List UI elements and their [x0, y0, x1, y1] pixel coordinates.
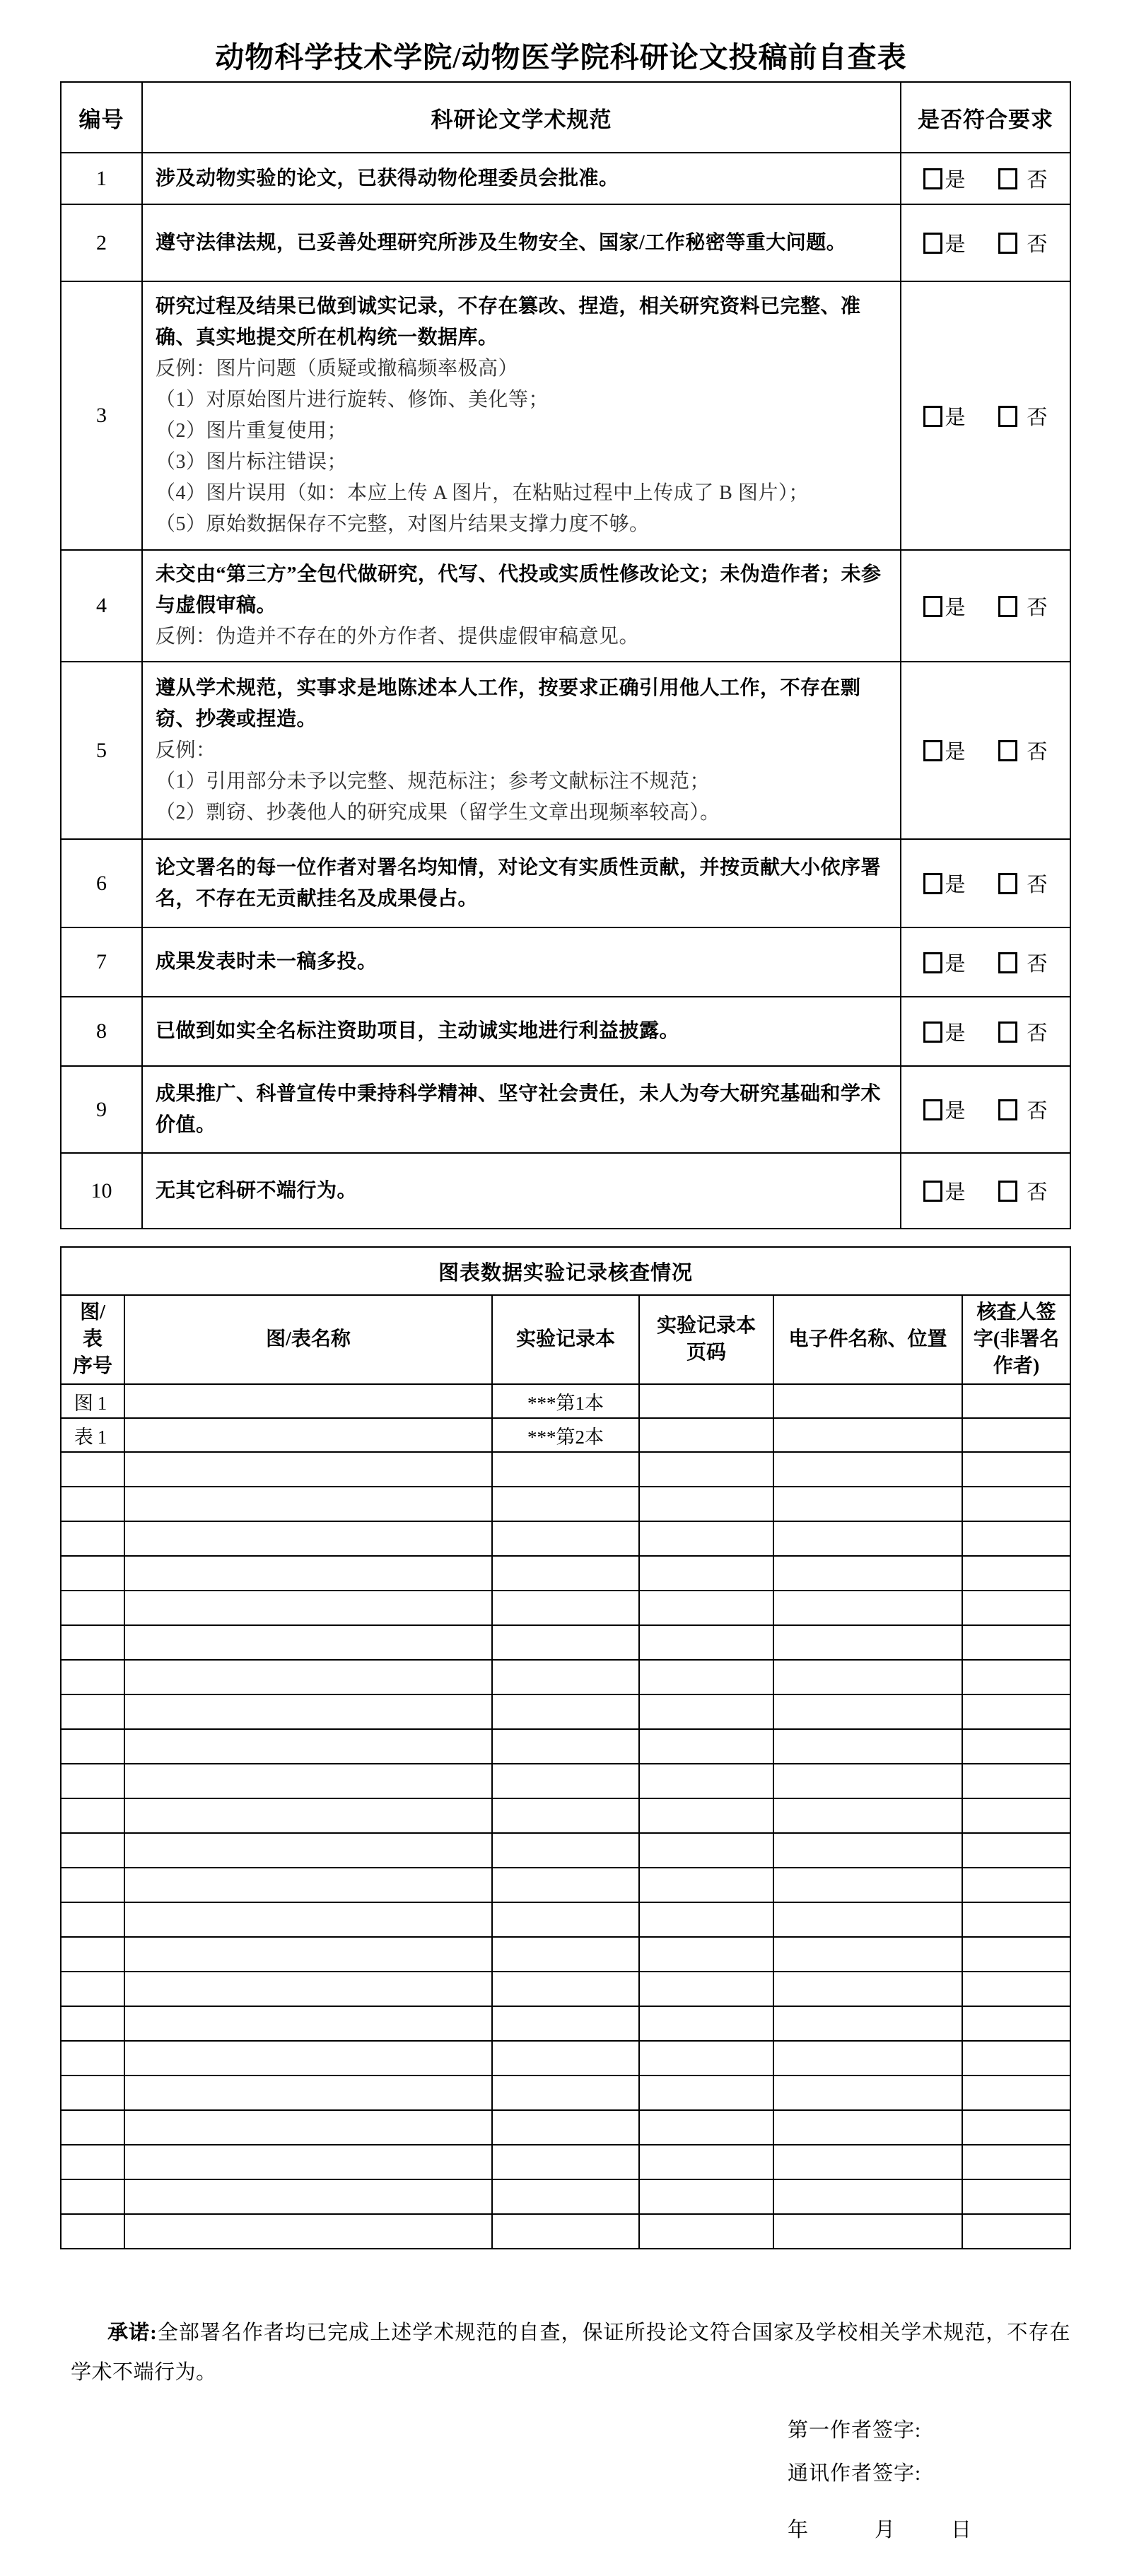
record-seq-cell	[61, 1521, 124, 1556]
standard-example-text: （1）对原始图片进行旋转、修饰、美化等；	[156, 385, 889, 416]
col-header-standard: 科研论文学术规范	[142, 82, 901, 153]
record-seq-cell	[61, 1902, 124, 1937]
yes-option[interactable]: 是	[923, 406, 965, 429]
record-seq-cell	[61, 2110, 124, 2145]
record-seq-cell	[61, 1452, 124, 1487]
no-option[interactable]: 否	[998, 953, 1048, 976]
record-row	[61, 1452, 1070, 1487]
record-seq-cell	[61, 1764, 124, 1798]
record-page-cell	[639, 1798, 773, 1833]
record-name-cell	[124, 1729, 492, 1764]
record-row: 图1 ***第1本	[61, 1384, 1070, 1418]
yes-label: 是	[945, 874, 965, 896]
record-seq-cell	[61, 1556, 124, 1591]
date-year-label: 年	[788, 2514, 808, 2543]
record-checker-cell	[962, 1972, 1070, 2006]
no-checkbox[interactable]	[998, 1021, 1017, 1043]
record-page-cell	[639, 1521, 773, 1556]
record-efile-cell	[773, 2214, 962, 2249]
record-efile-cell	[773, 1868, 962, 1902]
standard-example-text: 反例：	[156, 735, 889, 766]
record-name-cell	[124, 2179, 492, 2214]
yes-option[interactable]: 是	[923, 874, 965, 896]
record-name-cell	[124, 1902, 492, 1937]
record-page-cell	[639, 1660, 773, 1694]
record-efile-cell	[773, 2179, 962, 2214]
record-seq-cell	[61, 2214, 124, 2249]
yes-checkbox[interactable]	[923, 952, 942, 973]
record-checker-cell	[962, 1868, 1070, 1902]
record-notebook-cell	[492, 1798, 639, 1833]
no-label: 否	[1027, 169, 1048, 192]
record-checker-cell	[962, 1764, 1070, 1798]
record-efile-cell	[773, 1660, 962, 1694]
record-name-cell	[124, 2006, 492, 2041]
standard-example-text: （2）剽窃、抄袭他人的研究成果（留学生文章出现频率较高）。	[156, 797, 889, 829]
row-compliance-cell: 是否	[901, 927, 1070, 997]
record-checker-cell	[962, 1833, 1070, 1868]
record-seq-cell	[61, 2041, 124, 2076]
no-checkbox[interactable]	[998, 1099, 1017, 1120]
yes-checkbox[interactable]	[923, 1021, 942, 1043]
record-efile-cell	[773, 1521, 962, 1556]
record-efile-cell	[773, 1625, 962, 1660]
yes-option[interactable]: 是	[923, 1022, 965, 1045]
record-notebook-cell	[492, 1868, 639, 1902]
standard-main-text: 成果发表时未一稿多投。	[156, 947, 889, 978]
record-row	[61, 1591, 1070, 1625]
record-notebook-cell	[492, 2214, 639, 2249]
no-label: 否	[1027, 1022, 1048, 1045]
record-notebook-cell	[492, 1902, 639, 1937]
yes-label: 是	[945, 741, 965, 763]
record-seq-cell	[61, 1798, 124, 1833]
no-checkbox[interactable]	[998, 873, 1017, 894]
record-name-cell	[124, 1972, 492, 2006]
record-efile-cell	[773, 1384, 962, 1418]
record-page-cell	[639, 1452, 773, 1487]
row-standard-text: 无其它科研不端行为。	[142, 1153, 901, 1229]
record-page-cell	[639, 2006, 773, 2041]
record-notebook-cell	[492, 1972, 639, 2006]
no-checkbox[interactable]	[998, 952, 1017, 973]
standard-main-text: 涉及动物实验的论文，已获得动物伦理委员会批准。	[156, 163, 889, 194]
no-option[interactable]: 否	[998, 597, 1048, 619]
record-efile-cell	[773, 2145, 962, 2179]
record-row	[61, 2076, 1070, 2110]
record-row	[61, 1487, 1070, 1521]
checklist-row: 5 遵从学术规范，实事求是地陈述本人工作，按要求正确引用他人工作，不存在剽窃、抄…	[61, 662, 1070, 839]
no-option[interactable]: 否	[998, 406, 1048, 429]
col-header-notebook-page: 实验记录本 页码	[639, 1295, 773, 1384]
record-page-cell	[639, 1556, 773, 1591]
no-checkbox[interactable]	[998, 168, 1017, 189]
yes-checkbox[interactable]	[923, 596, 942, 617]
record-seq-cell	[61, 2006, 124, 2041]
record-efile-cell	[773, 1694, 962, 1729]
record-seq-cell	[61, 1487, 124, 1521]
row-number: 6	[61, 839, 142, 927]
no-option[interactable]: 否	[998, 741, 1048, 763]
record-name-cell	[124, 1660, 492, 1694]
record-seq-cell	[61, 1729, 124, 1764]
record-notebook-cell: ***第2本	[492, 1418, 639, 1452]
standard-example-text: （2）图片重复使用；	[156, 416, 889, 447]
row-standard-text: 研究过程及结果已做到诚实记录，不存在篡改、捏造，相关研究资料已完整、准确、真实地…	[142, 281, 901, 550]
record-notebook-cell	[492, 1694, 639, 1729]
record-row	[61, 1833, 1070, 1868]
row-standard-text: 成果发表时未一稿多投。	[142, 927, 901, 997]
form-page: 动物科学技术学院/动物医学院科研论文投稿前自查表 编号 科研论文学术规范 是否符…	[0, 0, 1122, 2576]
yes-checkbox[interactable]	[923, 1099, 942, 1120]
no-label: 否	[1027, 874, 1048, 896]
record-notebook-cell: ***第1本	[492, 1384, 639, 1418]
record-efile-cell	[773, 1798, 962, 1833]
row-compliance-cell: 是否	[901, 153, 1070, 204]
no-label: 否	[1027, 597, 1048, 619]
record-notebook-cell	[492, 1521, 639, 1556]
checklist-row: 3 研究过程及结果已做到诚实记录，不存在篡改、捏造，相关研究资料已完整、准确、真…	[61, 281, 1070, 550]
row-number: 3	[61, 281, 142, 550]
record-checker-cell	[962, 1729, 1070, 1764]
record-checker-cell	[962, 1625, 1070, 1660]
no-checkbox[interactable]	[998, 596, 1017, 617]
row-compliance-cell: 是否	[901, 204, 1070, 281]
record-row	[61, 1902, 1070, 1937]
record-efile-cell	[773, 1418, 962, 1452]
standard-example-text: 反例：伪造并不存在的外方作者、提供虚假审稿意见。	[156, 621, 889, 652]
record-notebook-cell	[492, 1660, 639, 1694]
record-checker-cell	[962, 2110, 1070, 2145]
record-notebook-cell	[492, 1937, 639, 1972]
record-page-cell	[639, 1833, 773, 1868]
record-efile-cell	[773, 1972, 962, 2006]
yes-checkbox[interactable]	[923, 406, 942, 427]
record-name-cell	[124, 2110, 492, 2145]
no-label: 否	[1027, 1181, 1048, 1204]
no-label: 否	[1027, 1100, 1048, 1123]
promise-statement: 承诺:全部署名作者均已完成上述学术规范的自查，保证所投论文符合国家及学校相关学术…	[71, 2313, 1070, 2392]
date-day-label: 日	[951, 2514, 971, 2543]
first-author-signature-label: 第一作者签字:	[788, 2414, 921, 2443]
standard-main-text: 无其它科研不端行为。	[156, 1176, 889, 1207]
row-compliance-cell: 是否	[901, 1153, 1070, 1229]
record-name-cell	[124, 1937, 492, 1972]
record-name-cell	[124, 2145, 492, 2179]
record-notebook-cell	[492, 1452, 639, 1487]
yes-option[interactable]: 是	[923, 233, 965, 256]
no-option[interactable]: 否	[998, 874, 1048, 896]
row-standard-text: 未交由“第三方”全包代做研究，代写、代投或实质性修改论文；未伪造作者；未参与虚假…	[142, 550, 901, 662]
record-row	[61, 1868, 1070, 1902]
record-notebook-cell	[492, 2076, 639, 2110]
record-efile-cell	[773, 2041, 962, 2076]
row-number: 5	[61, 662, 142, 839]
row-number: 1	[61, 153, 142, 204]
record-name-cell	[124, 1625, 492, 1660]
record-seq-cell: 表1	[61, 1418, 124, 1452]
row-standard-text: 论文署名的每一位作者对署名均知情，对论文有实质性贡献，并按贡献大小依序署名，不存…	[142, 839, 901, 927]
record-checker-cell	[962, 2041, 1070, 2076]
yes-option[interactable]: 是	[923, 741, 965, 763]
no-option[interactable]: 否	[998, 1100, 1048, 1123]
record-notebook-cell	[492, 1625, 639, 1660]
row-number: 8	[61, 997, 142, 1066]
row-compliance-cell: 是否	[901, 997, 1070, 1066]
record-page-cell	[639, 2041, 773, 2076]
record-checker-cell	[962, 2145, 1070, 2179]
yes-option[interactable]: 是	[923, 597, 965, 619]
yes-option[interactable]: 是	[923, 1181, 965, 1204]
no-label: 否	[1027, 953, 1048, 976]
record-notebook-cell	[492, 2179, 639, 2214]
checklist-row: 9 成果推广、科普宣传中秉持科学精神、坚守社会责任，未人为夸大研究基础和学术价值…	[61, 1066, 1070, 1153]
col-header-compliance: 是否符合要求	[901, 82, 1070, 153]
record-row	[61, 1972, 1070, 2006]
standard-example-text: （5）原始数据保存不完整，对图片结果支撑力度不够。	[156, 509, 889, 540]
yes-label: 是	[945, 406, 965, 429]
record-row: 表1 ***第2本	[61, 1418, 1070, 1452]
record-check-table: 图表数据实验记录核查情况 图/ 表 序号 图/表名称 实验记录本 实验记录本 页…	[60, 1246, 1071, 2249]
col-header-efile-location: 电子件名称、位置	[773, 1295, 962, 1384]
record-efile-cell	[773, 1591, 962, 1625]
no-option[interactable]: 否	[998, 1022, 1048, 1045]
record-checker-cell	[962, 2076, 1070, 2110]
col-header-figure-number: 图/ 表 序号	[61, 1295, 124, 1384]
yes-option[interactable]: 是	[923, 169, 965, 192]
record-page-cell	[639, 1487, 773, 1521]
record-checker-cell	[962, 1556, 1070, 1591]
record-row	[61, 2041, 1070, 2076]
record-name-cell	[124, 2214, 492, 2249]
standard-example-text: 反例：图片问题（质疑或撤稿频率极高）	[156, 353, 889, 385]
row-compliance-cell: 是否	[901, 662, 1070, 839]
corresponding-author-signature-label: 通讯作者签字:	[788, 2457, 921, 2486]
record-notebook-cell	[492, 1833, 639, 1868]
record-checker-cell	[962, 2179, 1070, 2214]
record-page-cell	[639, 1937, 773, 1972]
record-row	[61, 1729, 1070, 1764]
yes-label: 是	[945, 597, 965, 619]
record-row	[61, 2145, 1070, 2179]
record-page-cell	[639, 1764, 773, 1798]
record-checker-cell	[962, 1660, 1070, 1694]
record-notebook-cell	[492, 2145, 639, 2179]
record-efile-cell	[773, 1764, 962, 1798]
row-standard-text: 已做到如实全名标注资助项目，主动诚实地进行利益披露。	[142, 997, 901, 1066]
promise-text: 全部署名作者均已完成上述学术规范的自查，保证所投论文符合国家及学校相关学术规范，…	[71, 2322, 1070, 2384]
yes-label: 是	[945, 1100, 965, 1123]
record-page-cell	[639, 1902, 773, 1937]
row-standard-text: 遵守法律法规，已妥善处理研究所涉及生物安全、国家/工作秘密等重大问题。	[142, 204, 901, 281]
yes-checkbox[interactable]	[923, 168, 942, 189]
record-name-cell	[124, 1798, 492, 1833]
record-efile-cell	[773, 1556, 962, 1591]
record-name-cell	[124, 1764, 492, 1798]
row-standard-text: 涉及动物实验的论文，已获得动物伦理委员会批准。	[142, 153, 901, 204]
record-notebook-cell	[492, 1591, 639, 1625]
record-name-cell	[124, 1868, 492, 1902]
record-seq-cell	[61, 1833, 124, 1868]
record-notebook-cell	[492, 2006, 639, 2041]
no-checkbox[interactable]	[998, 406, 1017, 427]
record-page-cell	[639, 1625, 773, 1660]
row-compliance-cell: 是否	[901, 550, 1070, 662]
standard-example-text: （4）图片误用（如：本应上传 A 图片，在粘贴过程中上传成了 B 图片）；	[156, 478, 889, 509]
yes-label: 是	[945, 953, 965, 976]
row-compliance-cell: 是否	[901, 1066, 1070, 1153]
record-name-cell	[124, 1833, 492, 1868]
record-checker-cell	[962, 2006, 1070, 2041]
record-name-cell	[124, 1521, 492, 1556]
record-row	[61, 1521, 1070, 1556]
no-checkbox[interactable]	[998, 233, 1017, 254]
record-row	[61, 1660, 1070, 1694]
record-seq-cell	[61, 2076, 124, 2110]
standard-main-text: 未交由“第三方”全包代做研究，代写、代投或实质性修改论文；未伪造作者；未参与虚假…	[156, 559, 889, 621]
yes-checkbox[interactable]	[923, 873, 942, 894]
record-efile-cell	[773, 2006, 962, 2041]
record-page-cell	[639, 2214, 773, 2249]
record-checker-cell	[962, 1521, 1070, 1556]
yes-checkbox[interactable]	[923, 1181, 942, 1202]
row-number: 10	[61, 1153, 142, 1229]
record-checker-cell	[962, 1384, 1070, 1418]
record-notebook-cell	[492, 1556, 639, 1591]
record-name-cell	[124, 1556, 492, 1591]
record-checker-cell	[962, 1487, 1070, 1521]
record-seq-cell	[61, 2145, 124, 2179]
row-standard-text: 遵从学术规范，实事求是地陈述本人工作，按要求正确引用他人工作，不存在剽窃、抄袭或…	[142, 662, 901, 839]
standard-main-text: 遵守法律法规，已妥善处理研究所涉及生物安全、国家/工作秘密等重大问题。	[156, 228, 889, 259]
yes-label: 是	[945, 1022, 965, 1045]
no-label: 否	[1027, 233, 1048, 256]
no-option[interactable]: 否	[998, 233, 1048, 256]
record-notebook-cell	[492, 2110, 639, 2145]
record-page-cell	[639, 1694, 773, 1729]
standard-main-text: 已做到如实全名标注资助项目，主动诚实地进行利益披露。	[156, 1016, 889, 1047]
record-table-title: 图表数据实验记录核查情况	[61, 1247, 1070, 1295]
record-name-cell	[124, 1452, 492, 1487]
record-row	[61, 1625, 1070, 1660]
record-checker-cell	[962, 1418, 1070, 1452]
record-seq-cell	[61, 1694, 124, 1729]
record-row	[61, 1764, 1070, 1798]
record-seq-cell	[61, 1625, 124, 1660]
row-number: 9	[61, 1066, 142, 1153]
record-name-cell	[124, 1487, 492, 1521]
record-row	[61, 2006, 1070, 2041]
checklist-row: 8 已做到如实全名标注资助项目，主动诚实地进行利益披露。 是否	[61, 997, 1070, 1066]
standard-example-text: （1）引用部分未予以完整、规范标注；参考文献标注不规范；	[156, 766, 889, 797]
record-seq-cell	[61, 1660, 124, 1694]
record-checker-cell	[962, 1798, 1070, 1833]
row-number: 7	[61, 927, 142, 997]
record-seq-cell	[61, 1937, 124, 1972]
standard-main-text: 研究过程及结果已做到诚实记录，不存在篡改、捏造，相关研究资料已完整、准确、真实地…	[156, 291, 889, 353]
col-header-checker-signature: 核查人签 字(非署名 作者)	[962, 1295, 1070, 1384]
record-name-cell	[124, 1384, 492, 1418]
record-page-cell	[639, 1972, 773, 2006]
record-seq-cell: 图1	[61, 1384, 124, 1418]
record-checker-cell	[962, 1902, 1070, 1937]
record-checker-cell	[962, 1937, 1070, 1972]
record-row	[61, 2110, 1070, 2145]
record-table-title-row: 图表数据实验记录核查情况	[61, 1247, 1070, 1295]
promise-label: 承诺:	[107, 2322, 157, 2344]
record-row	[61, 1937, 1070, 1972]
record-header-row: 图/ 表 序号 图/表名称 实验记录本 实验记录本 页码 电子件名称、位置 核查…	[61, 1295, 1070, 1384]
yes-label: 是	[945, 1181, 965, 1204]
record-row	[61, 1556, 1070, 1591]
row-standard-text: 成果推广、科普宣传中秉持科学精神、坚守社会责任，未人为夸大研究基础和学术价值。	[142, 1066, 901, 1153]
record-page-cell	[639, 1591, 773, 1625]
record-row	[61, 2214, 1070, 2249]
col-header-number: 编号	[61, 82, 142, 153]
record-notebook-cell	[492, 1487, 639, 1521]
checklist-row: 6 论文署名的每一位作者对署名均知情，对论文有实质性贡献，并按贡献大小依序署名，…	[61, 839, 1070, 927]
record-row	[61, 1798, 1070, 1833]
date-month-label: 月	[875, 2514, 895, 2543]
standard-example-text: （3）图片标注错误；	[156, 447, 889, 478]
record-page-cell	[639, 1868, 773, 1902]
record-efile-cell	[773, 1833, 962, 1868]
yes-label: 是	[945, 169, 965, 192]
row-compliance-cell: 是否	[901, 281, 1070, 550]
checklist-header-row: 编号 科研论文学术规范 是否符合要求	[61, 82, 1070, 153]
yes-label: 是	[945, 233, 965, 256]
record-name-cell	[124, 1591, 492, 1625]
standard-main-text: 论文署名的每一位作者对署名均知情，对论文有实质性贡献，并按贡献大小依序署名，不存…	[156, 853, 889, 915]
checklist-row: 4 未交由“第三方”全包代做研究，代写、代投或实质性修改论文；未伪造作者；未参与…	[61, 550, 1070, 662]
record-notebook-cell	[492, 1729, 639, 1764]
yes-option[interactable]: 是	[923, 953, 965, 976]
record-efile-cell	[773, 1452, 962, 1487]
no-checkbox[interactable]	[998, 740, 1017, 761]
no-option[interactable]: 否	[998, 169, 1048, 192]
page-title: 动物科学技术学院/动物医学院科研论文投稿前自查表	[0, 34, 1122, 76]
no-option[interactable]: 否	[998, 1181, 1048, 1204]
record-efile-cell	[773, 2110, 962, 2145]
no-checkbox[interactable]	[998, 1181, 1017, 1202]
no-label: 否	[1027, 406, 1048, 429]
record-row	[61, 1694, 1070, 1729]
col-header-lab-notebook: 实验记录本	[492, 1295, 639, 1384]
yes-option[interactable]: 是	[923, 1100, 965, 1123]
record-name-cell	[124, 1694, 492, 1729]
yes-checkbox[interactable]	[923, 233, 942, 254]
record-notebook-cell	[492, 1764, 639, 1798]
row-number: 2	[61, 204, 142, 281]
row-compliance-cell: 是否	[901, 839, 1070, 927]
record-checker-cell	[962, 1694, 1070, 1729]
yes-checkbox[interactable]	[923, 740, 942, 761]
record-checker-cell	[962, 1452, 1070, 1487]
record-page-cell	[639, 1729, 773, 1764]
record-efile-cell	[773, 1937, 962, 1972]
standard-main-text: 遵从学术规范，实事求是地陈述本人工作，按要求正确引用他人工作，不存在剽窃、抄袭或…	[156, 673, 889, 735]
checklist-row: 2 遵守法律法规，已妥善处理研究所涉及生物安全、国家/工作秘密等重大问题。 是否	[61, 204, 1070, 281]
record-page-cell	[639, 1418, 773, 1452]
record-name-cell	[124, 1418, 492, 1452]
record-page-cell	[639, 2076, 773, 2110]
checklist-table: 编号 科研论文学术规范 是否符合要求 1 涉及动物实验的论文，已获得动物伦理委员…	[60, 81, 1071, 1229]
checklist-row: 10 无其它科研不端行为。 是否	[61, 1153, 1070, 1229]
record-notebook-cell	[492, 2041, 639, 2076]
record-checker-cell	[962, 2214, 1070, 2249]
record-checker-cell	[962, 1591, 1070, 1625]
record-efile-cell	[773, 2076, 962, 2110]
